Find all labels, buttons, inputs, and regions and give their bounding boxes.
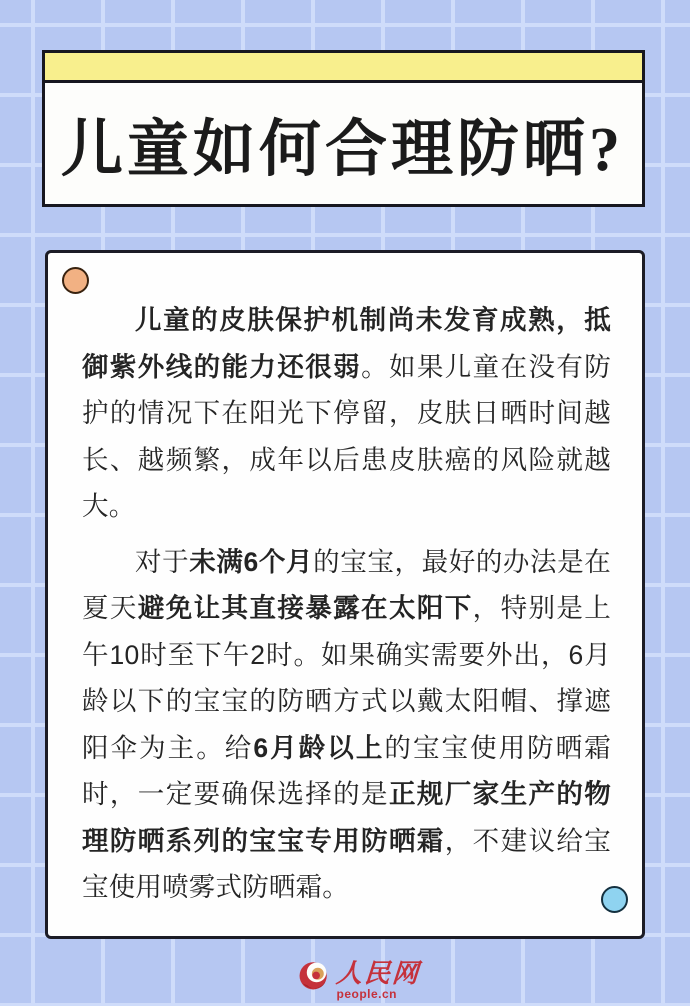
paragraph: 对于未满6个月的宝宝，最好的办法是在夏天避免让其直接暴露在太阳下，特别是上午10… [82,539,611,911]
bold-text-segment: 避免让其直接暴露在太阳下 [138,593,473,623]
content-card: 儿童的皮肤保护机制尚未发育成熟，抵御紫外线的能力还很弱。如果儿童在没有防护的情况… [45,250,645,939]
logo-domain-text: people.cn [336,988,397,1000]
article-body: 儿童的皮肤保护机制尚未发育成熟，抵御紫外线的能力还很弱。如果儿童在没有防护的情况… [82,297,611,920]
logo-chinese-text: 人民网 [336,960,422,988]
logo-text-group: 人民网 people.cn [336,952,420,1000]
bold-text-segment: 未满6个月 [189,547,313,577]
footer-logo: 人民网 people.cn [14,952,690,1000]
bold-text-segment: 6月龄以上 [253,733,384,763]
orange-dot-decoration [62,267,89,294]
blue-dot-decoration [601,886,628,913]
paragraph: 儿童的皮肤保护机制尚未发育成熟，抵御紫外线的能力还很弱。如果儿童在没有防护的情况… [82,297,611,530]
title-accent-bar [45,53,642,83]
infographic-poster: 儿童如何合理防晒? 儿童的皮肤保护机制尚未发育成熟，抵御紫外线的能力还很弱。如果… [0,0,690,1006]
page-title: 儿童如何合理防晒? [45,83,642,204]
title-box: 儿童如何合理防晒? [42,50,645,207]
text-segment: 对于 [135,547,189,577]
people-daily-swirl-icon [297,958,331,992]
